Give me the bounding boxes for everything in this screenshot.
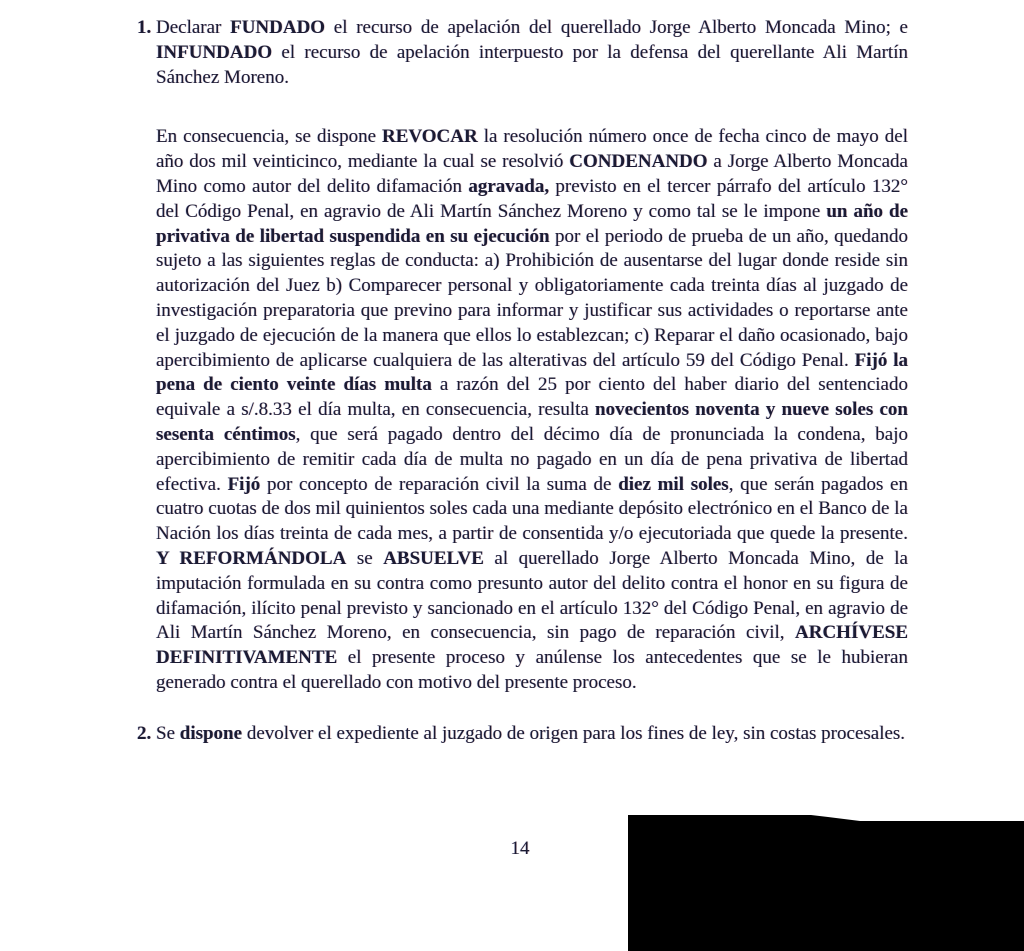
list-marker-2: 2. bbox=[137, 722, 156, 747]
text-run: devolver el expediente al juzgado de ori… bbox=[242, 723, 905, 744]
text-run: Se bbox=[156, 723, 180, 744]
text-run: CONDENANDO bbox=[569, 151, 707, 172]
list-item-2-body: Se dispone devolver el expediente al juz… bbox=[156, 722, 908, 747]
text-run: REVOCAR bbox=[382, 126, 478, 147]
text-run: agravada, bbox=[468, 176, 549, 197]
text-run: Fijó bbox=[228, 474, 261, 495]
text-run: se bbox=[346, 548, 383, 569]
list-item-1: 1. Declarar FUNDADO el recurso de apelac… bbox=[137, 16, 908, 696]
paragraph-en-consecuencia: En consecuencia, se dispone REVOCAR la r… bbox=[156, 125, 908, 695]
list-marker-1: 1. bbox=[137, 16, 156, 41]
paragraph-se-dispone: Se dispone devolver el expediente al juz… bbox=[156, 722, 908, 747]
redaction-box bbox=[628, 814, 1024, 951]
list-item-2: 2. Se dispone devolver el expediente al … bbox=[137, 722, 908, 747]
page-number: 14 bbox=[482, 837, 558, 862]
text-run: por concepto de reparación civil la suma… bbox=[260, 474, 618, 495]
paragraph-declarar: Declarar FUNDADO el recurso de apelación… bbox=[156, 16, 908, 90]
text-run: diez mil soles bbox=[618, 474, 729, 495]
text-run: INFUNDADO bbox=[156, 42, 272, 63]
resolution-text-block: 1. Declarar FUNDADO el recurso de apelac… bbox=[137, 16, 908, 747]
text-run: En consecuencia, se dispone bbox=[156, 126, 382, 147]
text-run: Declarar bbox=[156, 17, 230, 38]
text-run: Y REFORMÁNDOLA bbox=[156, 548, 346, 569]
text-run: FUNDADO bbox=[230, 17, 325, 38]
text-run: ABSUELVE bbox=[383, 548, 484, 569]
text-run: el recurso de apelación del querellado J… bbox=[325, 17, 908, 38]
list-item-1-body: Declarar FUNDADO el recurso de apelación… bbox=[156, 16, 908, 696]
text-run: por el periodo de prueba de un año, qued… bbox=[156, 226, 908, 371]
document-page: 1. Declarar FUNDADO el recurso de apelac… bbox=[0, 0, 1024, 951]
text-run: dispone bbox=[180, 723, 242, 744]
